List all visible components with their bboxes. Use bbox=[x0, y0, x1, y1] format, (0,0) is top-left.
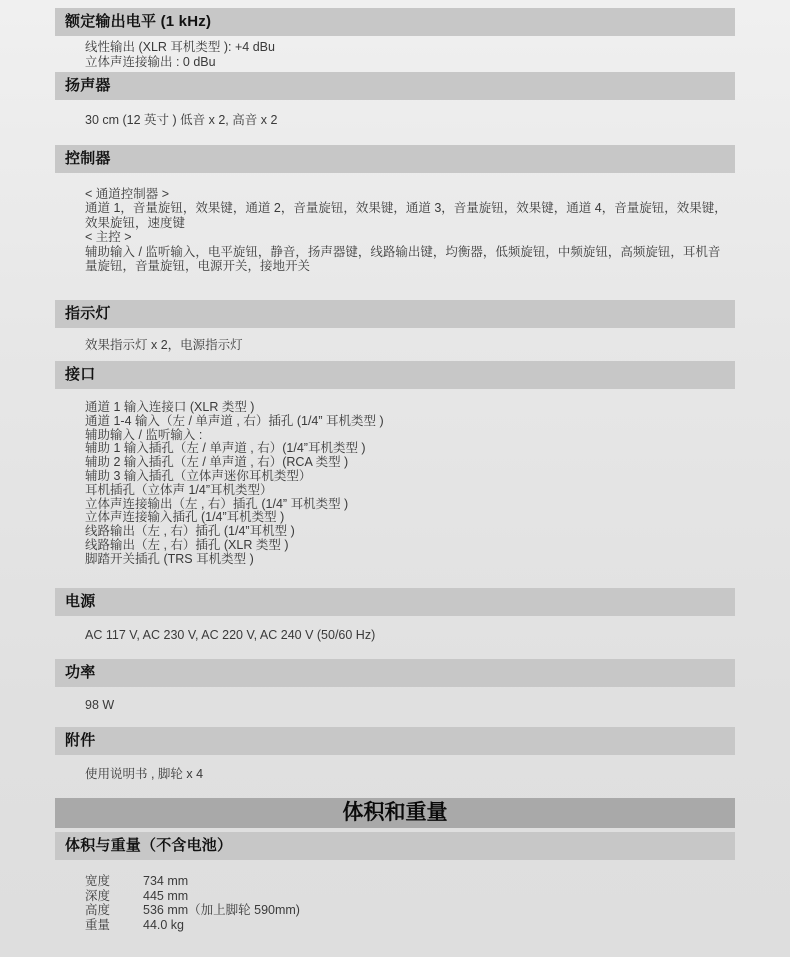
spec-line: 通道 1-4 输入（左 / 单声道 , 右）插孔 (1/4” 耳机类型 ) bbox=[85, 415, 730, 429]
dimension-row: 高度 536 mm（加上脚轮 590mm) bbox=[85, 903, 730, 918]
spec-line: 脚踏开关插孔 (TRS 耳机类型 ) bbox=[85, 553, 730, 567]
section-speaker: 扬声器 30 cm (12 英寸 ) 低音 x 2, 高音 x 2 bbox=[55, 72, 735, 145]
dimension-row: 重量 44.0 kg bbox=[85, 918, 730, 933]
section-header-speaker: 扬声器 bbox=[55, 72, 735, 100]
section-interface: 接口 通道 1 输入连接口 (XLR 类型 ) 通道 1-4 输入（左 / 单声… bbox=[55, 361, 735, 588]
section-accessories: 附件 使用说明书 , 脚轮 x 4 bbox=[55, 727, 735, 799]
spec-line: 耳机插孔（立体声 1/4”耳机类型） bbox=[85, 484, 730, 498]
spec-line: 效果指示灯 x 2，电源指示灯 bbox=[85, 338, 730, 353]
section-header-rated-output-level: 额定输出电平 (1 kHz) bbox=[55, 8, 735, 36]
section-body-accessories: 使用说明书 , 脚轮 x 4 bbox=[55, 755, 735, 799]
section-body-interface: 通道 1 输入连接口 (XLR 类型 ) 通道 1-4 输入（左 / 单声道 ,… bbox=[55, 389, 735, 588]
group-header-dimensions-weight: 体积和重量 bbox=[55, 798, 735, 828]
section-header-controller: 控制器 bbox=[55, 145, 735, 173]
section-header-indicator: 指示灯 bbox=[55, 300, 735, 328]
spec-line: 辅助 2 输入插孔（左 / 单声道 , 右）(RCA 类型 ) bbox=[85, 456, 730, 470]
section-power-consumption: 功率 98 W bbox=[55, 659, 735, 727]
spec-line: 30 cm (12 英寸 ) 低音 x 2, 高音 x 2 bbox=[85, 113, 730, 128]
spec-line: AC 117 V, AC 230 V, AC 220 V, AC 240 V (… bbox=[85, 628, 730, 643]
section-body-power-consumption: 98 W bbox=[55, 687, 735, 727]
spec-line: < 通道控制器 > bbox=[85, 187, 730, 202]
section-header-interface: 接口 bbox=[55, 361, 735, 389]
section-body-rated-output-level: 线性输出 (XLR 耳机类型 ): +4 dBu 立体声连接输出 : 0 dBu bbox=[55, 36, 735, 72]
section-header-power-consumption: 功率 bbox=[55, 659, 735, 687]
section-body-power-supply: AC 117 V, AC 230 V, AC 220 V, AC 240 V (… bbox=[55, 616, 735, 660]
section-body-indicator: 效果指示灯 x 2，电源指示灯 bbox=[55, 328, 735, 362]
spec-line: 线性输出 (XLR 耳机类型 ): +4 dBu bbox=[85, 40, 730, 55]
dimension-label: 高度 bbox=[85, 903, 143, 918]
section-header-accessories: 附件 bbox=[55, 727, 735, 755]
dimension-value: 536 mm（加上脚轮 590mm) bbox=[143, 903, 730, 918]
spec-line: 线路输出（左 , 右）插孔 (XLR 类型 ) bbox=[85, 539, 730, 553]
spec-line: 通道 1 输入连接口 (XLR 类型 ) bbox=[85, 401, 730, 415]
dimension-value: 44.0 kg bbox=[143, 918, 730, 933]
dimension-value: 734 mm bbox=[143, 874, 730, 889]
spec-line: 辅助 3 输入插孔（立体声迷你耳机类型） bbox=[85, 470, 730, 484]
spec-line: 辅助输入 / 监听输入，电平旋钮，静音，扬声器键，线路输出键，均衡器，低频旋钮，… bbox=[85, 245, 730, 274]
spec-line: 立体声连接输出 : 0 dBu bbox=[85, 55, 730, 70]
section-body-dimensions: 宽度 734 mm 深度 445 mm 高度 536 mm（加上脚轮 590mm… bbox=[55, 860, 735, 932]
dimension-row: 深度 445 mm bbox=[85, 889, 730, 904]
dimension-row: 宽度 734 mm bbox=[85, 874, 730, 889]
spec-line: < 主控 > bbox=[85, 230, 730, 245]
spec-line: 通道 1，音量旋钮，效果键，通道 2，音量旋钮，效果键，通道 3，音量旋钮，效果… bbox=[85, 201, 730, 230]
section-indicator: 指示灯 效果指示灯 x 2，电源指示灯 bbox=[55, 300, 735, 362]
dimension-label: 宽度 bbox=[85, 874, 143, 889]
dimension-label: 重量 bbox=[85, 918, 143, 933]
section-dimensions-weight: 体积和重量 体积与重量（不含电池） 宽度 734 mm 深度 445 mm 高度… bbox=[55, 798, 735, 932]
section-header-power-supply: 电源 bbox=[55, 588, 735, 616]
section-power-supply: 电源 AC 117 V, AC 230 V, AC 220 V, AC 240 … bbox=[55, 588, 735, 660]
spec-page: 额定输出电平 (1 kHz) 线性输出 (XLR 耳机类型 ): +4 dBu … bbox=[0, 0, 790, 932]
section-body-speaker: 30 cm (12 英寸 ) 低音 x 2, 高音 x 2 bbox=[55, 100, 735, 145]
spec-line: 使用说明书 , 脚轮 x 4 bbox=[85, 767, 730, 782]
section-controller: 控制器 < 通道控制器 > 通道 1，音量旋钮，效果键，通道 2，音量旋钮，效果… bbox=[55, 145, 735, 300]
spec-line: 98 W bbox=[85, 698, 730, 713]
section-header-dimensions-no-battery: 体积与重量（不含电池） bbox=[55, 832, 735, 860]
section-rated-output-level: 额定输出电平 (1 kHz) 线性输出 (XLR 耳机类型 ): +4 dBu … bbox=[55, 8, 735, 72]
dimension-value: 445 mm bbox=[143, 889, 730, 904]
spec-line: 线路输出（左 , 右）插孔 (1/4”耳机型 ) bbox=[85, 525, 730, 539]
section-body-controller: < 通道控制器 > 通道 1，音量旋钮，效果键，通道 2，音量旋钮，效果键，通道… bbox=[55, 173, 735, 300]
dimension-label: 深度 bbox=[85, 889, 143, 904]
